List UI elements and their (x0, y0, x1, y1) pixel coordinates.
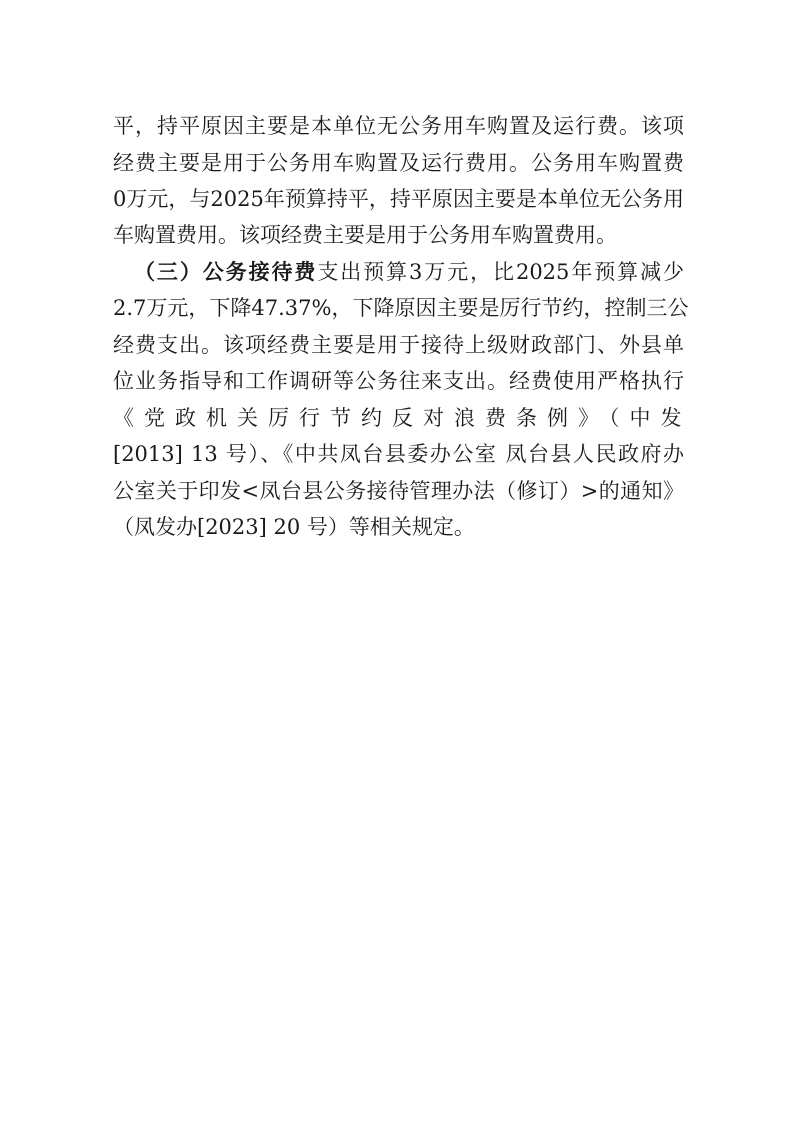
paragraph-line: 公室关于印发<凤台县公务接待管理办法（修订）>的通知》 (113, 473, 684, 509)
paragraph-line: [2013] 13 号）、《中共凤台县委办公室 凤台县人民政府办 (113, 436, 684, 472)
section-heading-line: （三）公务接待费支出预算3万元，比2025年预算减少 (134, 254, 684, 290)
paragraph-line: 经费支出。该项经费主要是用于接待上级财政部门、外县单 (113, 327, 684, 363)
paragraph-line: 平，持平原因主要是本单位无公务用车购置及运行费。该项 (113, 108, 684, 144)
paragraph-text: 支出预算3万元，比2025年预算减少 (317, 260, 684, 284)
section-heading: （三）公务接待费 (134, 259, 317, 284)
paragraph-line: 位业务指导和工作调研等公务往来支出。经费使用严格执行 (113, 363, 684, 399)
paragraph-line: 经费主要是用于公务用车购置及运行费用。公务用车购置费 (113, 145, 684, 181)
document-page: 平，持平原因主要是本单位无公务用车购置及运行费。该项 经费主要是用于公务用车购置… (0, 0, 793, 1122)
paragraph-line: （凤发办[2023] 20 号）等相关规定。 (113, 509, 684, 545)
paragraph-line: 0万元，与2025年预算持平，持平原因主要是本单位无公务用 (113, 181, 684, 217)
paragraph-line: 2.7万元，下降47.37%，下降原因主要是厉行节约，控制三公 (113, 290, 684, 326)
paragraph-line: 车购置费用。该项经费主要是用于公务用车购置费用。 (113, 217, 684, 253)
paragraph-line: 《党政机关厉行节约反对浪费条例》（中发 (113, 400, 684, 436)
